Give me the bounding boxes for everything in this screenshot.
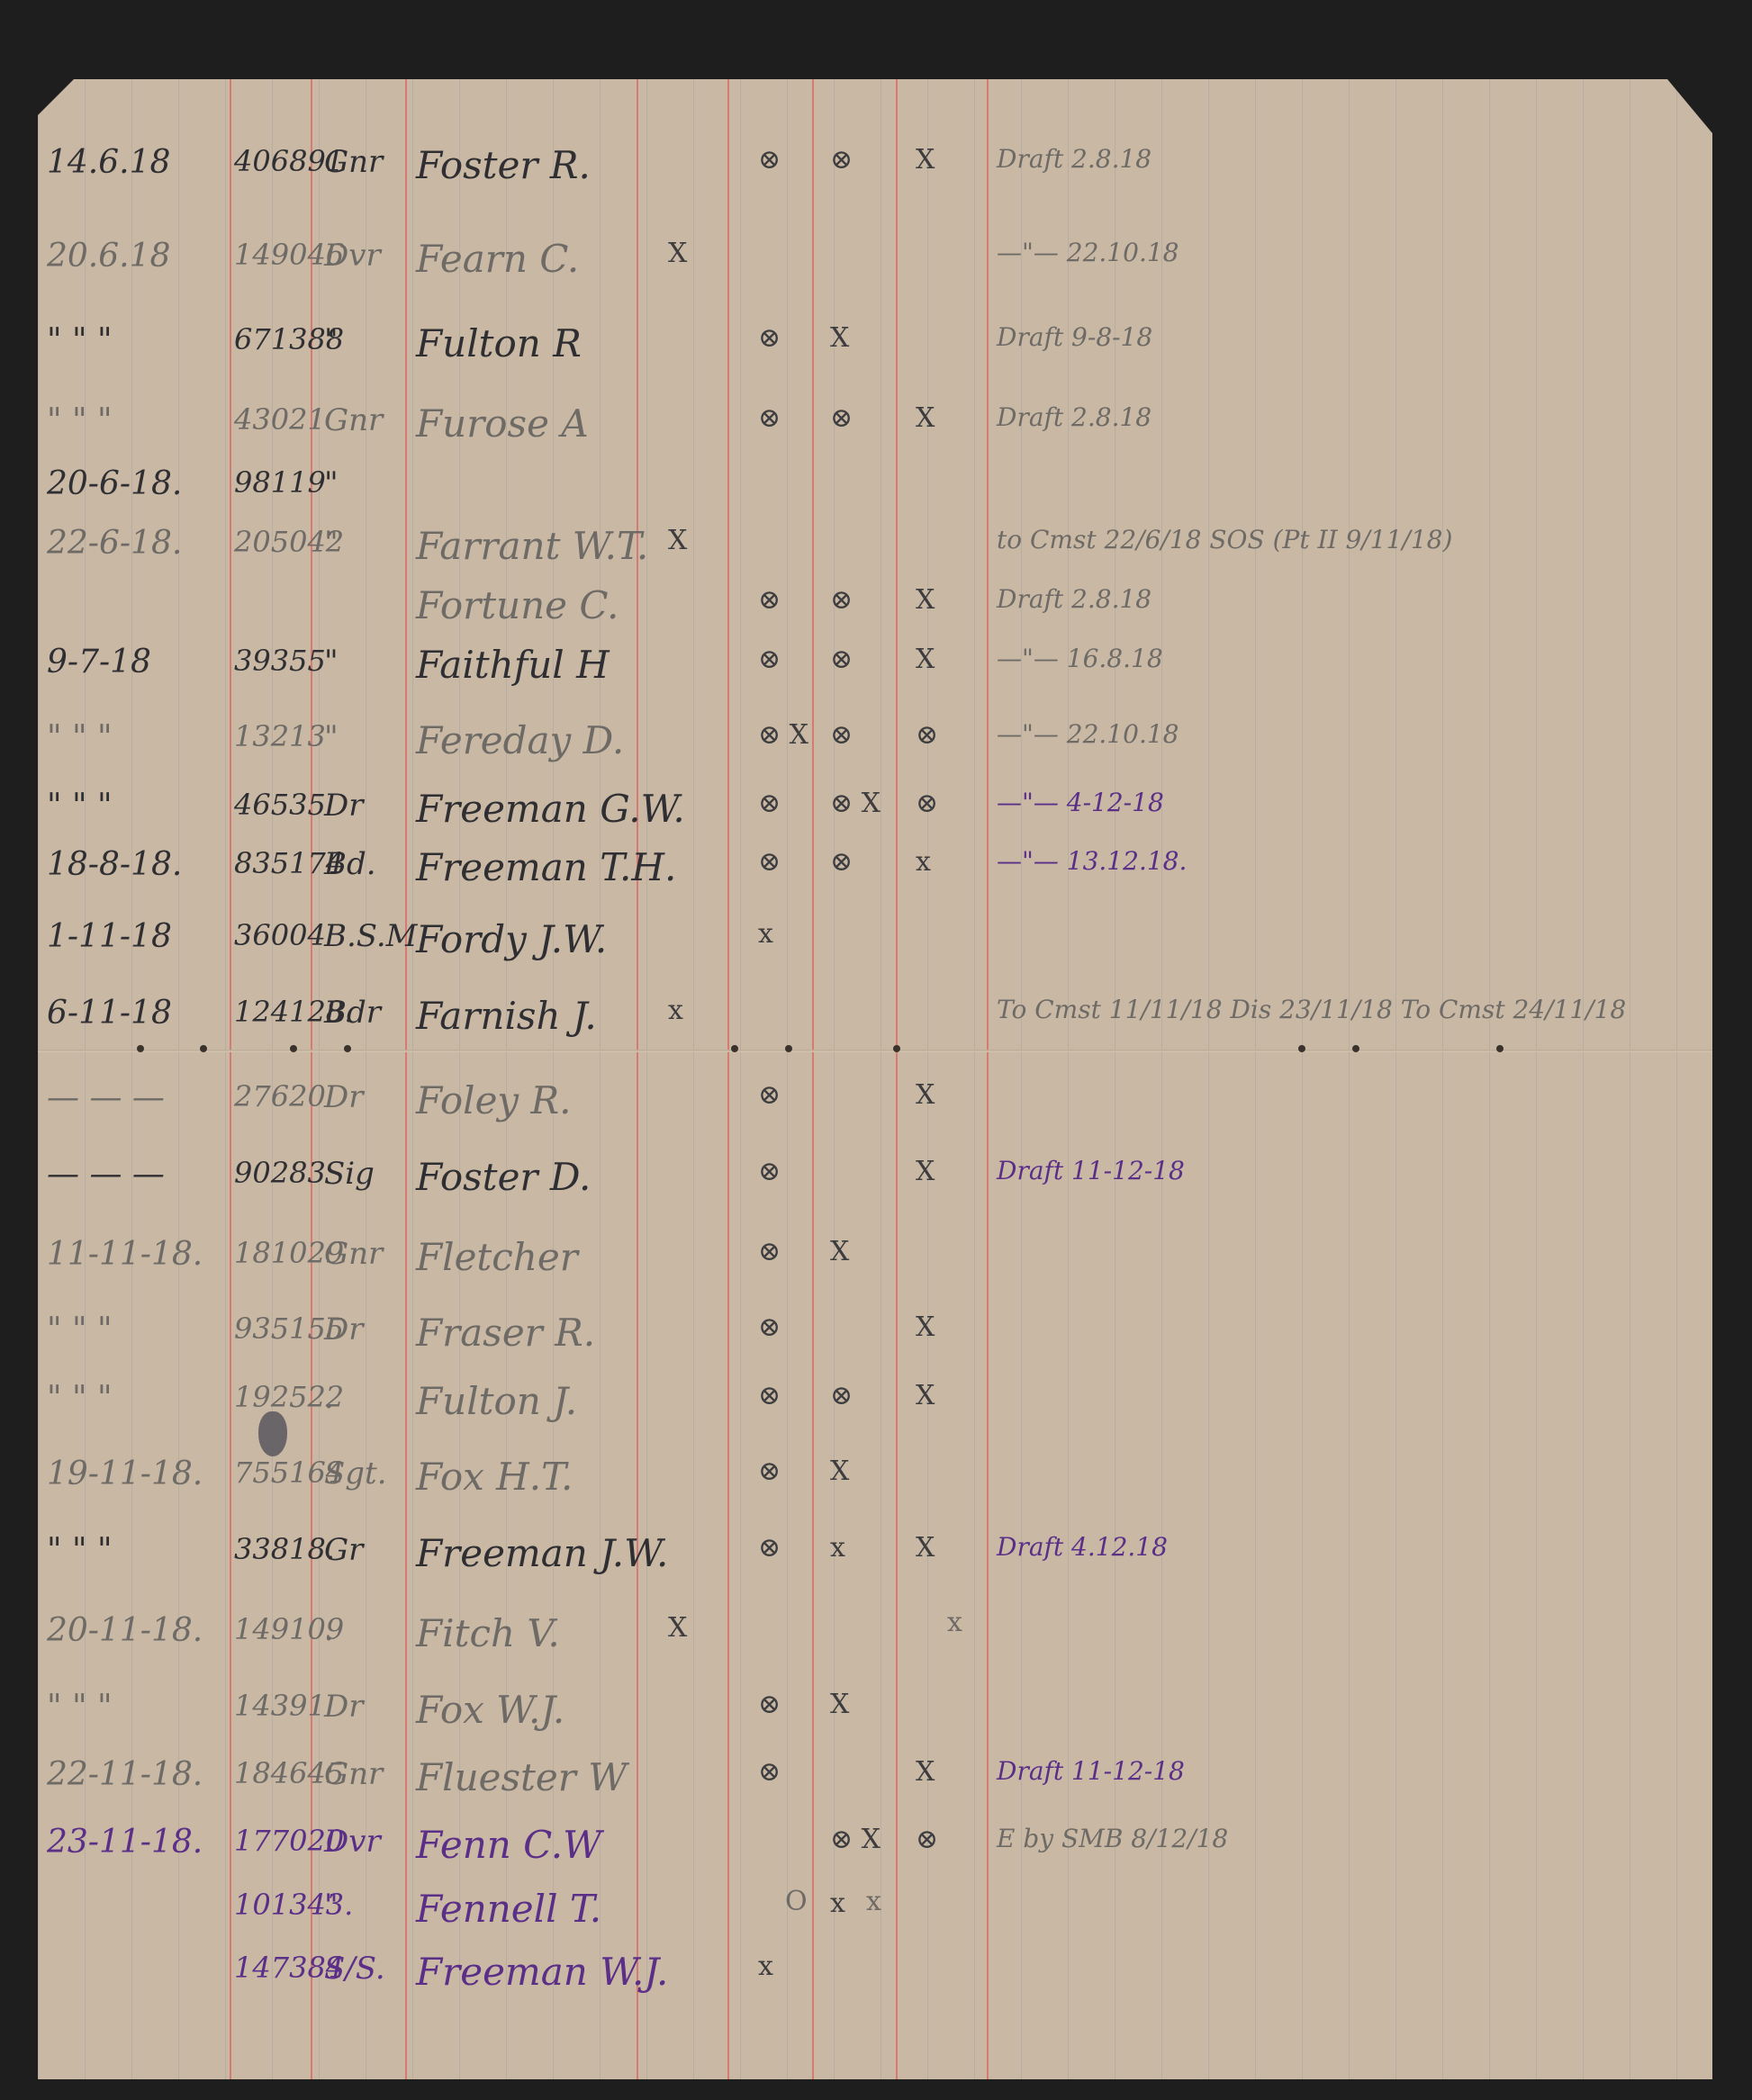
row-mark-c: X [830,325,849,352]
row-remarks: —"— 4-12-18 [997,790,1164,816]
row-rank: S/S. [324,1953,385,1984]
row-name: Faithful H [416,646,610,684]
row-date: " " " [47,1535,113,1567]
row-mark-d: x [916,849,931,876]
row-mark-b: ⊗ [758,147,781,174]
row-mark-b: x [758,1953,773,1980]
row-date: 6-11-18 [47,997,172,1030]
row-name: Fitch V. [416,1615,560,1653]
row-number: 43021 [234,405,326,434]
row-mark-d: X [916,1314,935,1341]
ledger-page: 14.6.18406891GnrFoster R.⊗⊗XDraft 2.8.18… [38,79,1712,2079]
row-mark-b: ⊗ [758,1691,781,1718]
row-date: 1-11-18 [47,921,172,953]
row-remarks: Draft 2.8.18 [997,147,1151,172]
row-name: Foster R. [416,147,591,185]
column-rule [637,79,638,2079]
row-rank: Gnr [324,147,383,177]
stitch-hole [200,1045,207,1052]
stitch-hole [1496,1045,1504,1052]
row-number: 98119 [234,468,326,497]
row-rank: Gnr [324,405,383,436]
row-date: — — — [47,1158,165,1191]
row-mark-d: X [916,1759,935,1786]
row-mark-d: X [916,1535,935,1562]
row-remarks: To Cmst 11/11/18 Dis 23/11/18 To Cmst 24… [997,997,1626,1023]
row-mark-c: ⊗ [830,1383,853,1410]
row-mark-b: ⊗ [758,1158,781,1185]
page-fold [38,1050,1712,1052]
row-mark-b: ⊗ [758,1458,781,1485]
row-date: 14.6.18 [47,147,170,179]
row-date: 9-7-18 [47,646,151,679]
row-rank: Gnr [324,1239,383,1269]
row-rank: Bd. [324,849,376,879]
row-mark-b: ⊗ [758,1535,781,1562]
row-name: Foster D. [416,1158,591,1196]
row-number: 39355 [234,646,326,675]
row-rank: . [324,1383,334,1413]
row-mark-b: ⊗ [758,325,781,352]
row-rank: Gr [324,1535,363,1565]
row-mark-b: ⊗ [758,1314,781,1341]
row-mark-b: ⊗ [758,1383,781,1410]
column-rule [727,79,729,2079]
row-mark-a: x [668,997,683,1024]
row-mark-d: X [916,1082,935,1109]
row-remarks: Draft 11-12-18 [997,1759,1185,1784]
row-mark-c: X [830,1239,849,1266]
row-date: " " " [47,405,113,437]
row-mark-c: ⊗ X [830,790,881,817]
row-rank: . [324,1615,334,1645]
row-mark-c: ⊗ [830,587,853,614]
row-rank: " [324,325,339,356]
row-number: 14391 [234,1691,326,1720]
row-rank: Bdr [324,997,381,1028]
ink-blot [258,1411,287,1456]
row-rank: " [324,1890,339,1921]
row-mark-c: ⊗ [830,147,853,174]
row-mark-a: X [668,240,687,267]
row-remarks: Draft 2.8.18 [997,587,1151,612]
row-date: " " " [47,325,113,357]
row-rank: Dr [324,1082,364,1113]
row-number: 46535 [234,790,326,819]
row-name: Freeman J.W. [416,1535,668,1573]
row-date: 22-11-18. [47,1759,203,1791]
row-date: 23-11-18. [47,1826,203,1859]
stitch-hole [785,1045,792,1052]
column-rule [230,79,231,2079]
row-mark-c: ⊗ [830,849,853,876]
stitch-hole [1352,1045,1359,1052]
column-rule [987,79,989,2079]
stray-mark: x [866,1888,881,1915]
row-remarks: Draft 9-8-18 [997,325,1152,350]
row-name: Fox H.T. [416,1458,573,1496]
row-name: Fenn C.W [416,1826,601,1864]
row-name: Fletcher [416,1239,578,1276]
row-rank: " [324,527,339,558]
stray-mark: x [947,1609,962,1636]
row-mark-c: X [830,1691,849,1718]
row-mark-b: ⊗ X [758,722,808,749]
row-rank: Dvr [324,240,381,271]
row-number: 36004 [234,921,326,950]
row-number: 33818. [234,1535,335,1564]
row-mark-b: x [758,921,773,948]
row-mark-d: ⊗ [916,722,938,749]
row-name: Foley R. [416,1082,571,1120]
row-name: Fulton R [416,325,582,363]
row-remarks: to Cmst 22/6/18 SOS (Pt II 9/11/18) [997,527,1452,553]
row-rank: Sgt. [324,1458,387,1489]
stray-mark: O [785,1888,808,1915]
row-name: Fox W.J. [416,1691,564,1729]
row-name: Freeman T.H. [416,849,676,887]
column-rule [405,79,407,2079]
row-name: Fereday D. [416,722,624,760]
row-mark-a: X [668,1615,687,1642]
row-rank: " [324,468,339,499]
row-name: Fulton J. [416,1383,577,1420]
row-mark-d: X [916,587,935,614]
row-rank: Dr [324,1314,364,1345]
row-name: Fluester W [416,1759,627,1797]
row-remarks: —"— 13.12.18. [997,849,1187,874]
row-date: " " " [47,1383,113,1415]
row-mark-c: ⊗ [830,646,853,673]
row-mark-c: ⊗ [830,405,853,432]
row-mark-b: ⊗ [758,1239,781,1266]
stitch-hole [893,1045,900,1052]
row-date: 18-8-18. [47,849,182,881]
row-name: Fordy J.W. [416,921,607,959]
row-remarks: E by SMB 8/12/18 [997,1826,1228,1852]
row-remarks: Draft 2.8.18 [997,405,1151,430]
row-name: Farrant W.T. [416,527,648,565]
row-mark-b: ⊗ [758,587,781,614]
column-rule [812,79,814,2079]
row-mark-b: ⊗ [758,646,781,673]
row-date: 20-6-18. [47,468,182,500]
row-name: Fraser R. [416,1314,595,1352]
row-name: Farnish J. [416,997,597,1035]
row-date: " " " [47,1691,113,1724]
row-number: 27620 [234,1082,326,1111]
row-date: 19-11-18. [47,1458,203,1491]
row-date: 20.6.18 [47,240,170,273]
row-date: 11-11-18. [47,1239,203,1271]
row-rank: Dr [324,1691,364,1722]
row-mark-c: x [830,1890,845,1917]
row-mark-c: x [830,1535,845,1562]
row-mark-a: X [668,527,687,554]
row-rank: Sig [324,1158,375,1189]
row-name: Freeman G.W. [416,790,685,828]
row-remarks: —"— 22.10.18 [997,722,1179,747]
row-date: " " " [47,790,113,823]
column-rule [896,79,898,2079]
row-mark-d: X [916,646,935,673]
row-date: — — — [47,1082,165,1114]
row-mark-d: ⊗ [916,790,938,817]
row-date: " " " [47,722,113,754]
row-number: 13213 [234,722,326,751]
row-date: 20-11-18. [47,1615,203,1647]
row-rank: Gnr [324,1759,383,1789]
row-name: Fearn C. [416,240,579,278]
row-mark-c: X [830,1458,849,1485]
row-mark-b: ⊗ [758,1082,781,1109]
row-date: " " " [47,1314,113,1347]
row-remarks: Draft 4.12.18 [997,1535,1168,1560]
row-mark-d: X [916,405,935,432]
row-mark-b: ⊗ [758,849,781,876]
row-name: Furose A [416,405,589,443]
row-mark-d: X [916,147,935,174]
row-mark-c: ⊗ [830,722,853,749]
row-rank: B.S.M. [324,921,427,951]
row-mark-c: ⊗ X [830,1826,881,1853]
row-number: 90283 [234,1158,326,1187]
row-name: Fortune C. [416,587,619,625]
row-mark-d: X [916,1383,935,1410]
stitch-hole [1298,1045,1305,1052]
row-remarks: —"— 16.8.18 [997,646,1163,671]
row-mark-d: X [916,1158,935,1185]
row-mark-d: ⊗ [916,1826,938,1853]
row-rank: " [324,646,339,677]
stitch-hole [290,1045,297,1052]
stitch-hole [137,1045,144,1052]
row-rank: " [324,722,339,753]
stitch-hole [731,1045,738,1052]
row-mark-b: ⊗ [758,405,781,432]
row-rank: Dvr [324,1826,381,1857]
row-date: 22-6-18. [47,527,182,560]
row-remarks: Draft 11-12-18 [997,1158,1185,1184]
row-mark-b: ⊗ [758,790,781,817]
row-rank: Dr [324,790,364,821]
row-name: Fennell T. [416,1890,601,1928]
row-remarks: —"— 22.10.18 [997,240,1179,266]
row-name: Freeman W.J. [416,1953,668,1991]
stitch-hole [344,1045,351,1052]
row-mark-b: ⊗ [758,1759,781,1786]
